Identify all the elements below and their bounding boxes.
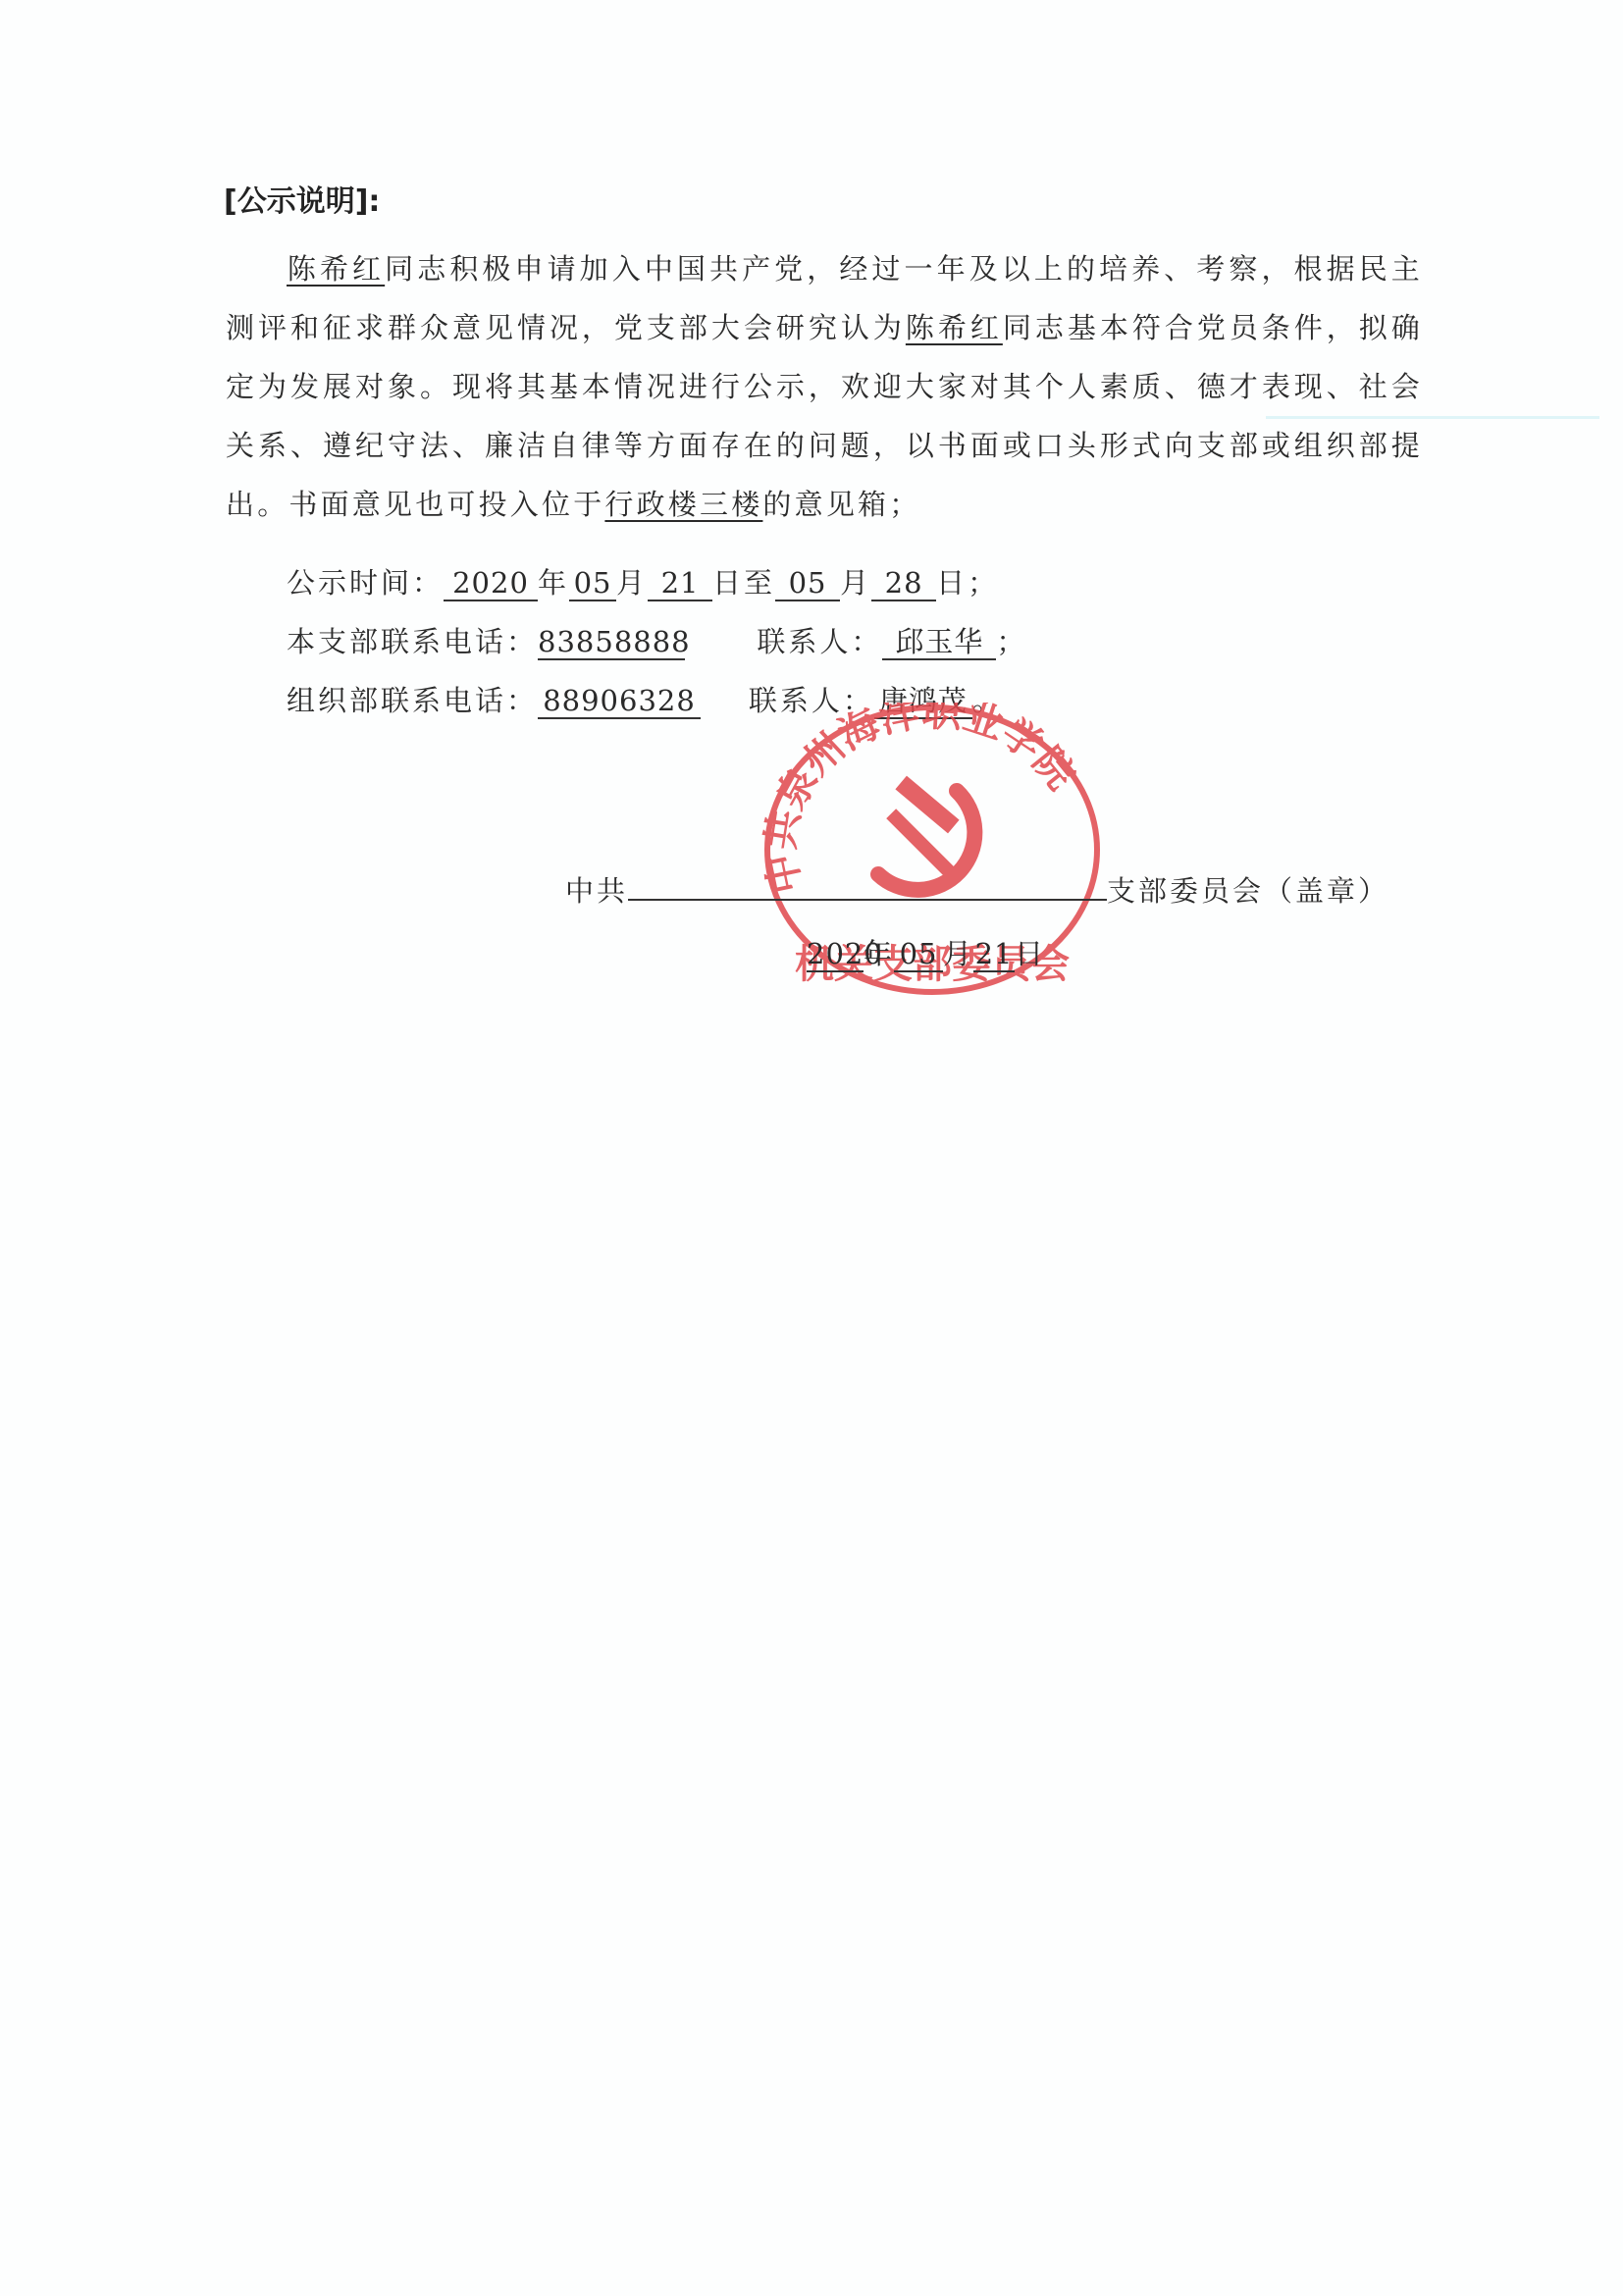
period-start-day: 21 bbox=[648, 566, 712, 601]
org-phone: 88906328 bbox=[538, 684, 701, 719]
scan-artifact bbox=[1266, 416, 1599, 419]
signature-line: 中共支部委员会（盖章） bbox=[565, 869, 1389, 910]
signature-date: 2020年05月21日 bbox=[807, 932, 1045, 972]
section-heading: [公示说明]: bbox=[224, 177, 380, 220]
branch-contact: 本支部联系电话：83858888 联系人：邱玉华； bbox=[287, 620, 1027, 660]
notice-paragraph: 陈希红同志积极申请加入中国共产党，经过一年及以上的培养、考察，根据民主测评和征求… bbox=[226, 239, 1423, 534]
candidate-name-repeat: 陈希红 bbox=[906, 311, 1003, 344]
branch-phone: 83858888 bbox=[538, 625, 685, 660]
period-end-month: 05 bbox=[775, 566, 840, 601]
period-year: 2020 bbox=[444, 566, 538, 601]
document-page: [公示说明]: 陈希红同志积极申请加入中国共产党，经过一年及以上的培养、考察，根… bbox=[0, 0, 1623, 2296]
period-start-month: 05 bbox=[569, 566, 616, 601]
period-end-day: 28 bbox=[871, 566, 936, 601]
branch-contact-person: 邱玉华 bbox=[882, 625, 996, 660]
branch-name-blank bbox=[628, 873, 1107, 901]
notice-period: 公示时间：2020年05月21日至05月28日； bbox=[287, 561, 999, 601]
suggestion-box-location: 行政楼三楼 bbox=[604, 488, 762, 521]
candidate-name: 陈希红 bbox=[287, 252, 385, 286]
